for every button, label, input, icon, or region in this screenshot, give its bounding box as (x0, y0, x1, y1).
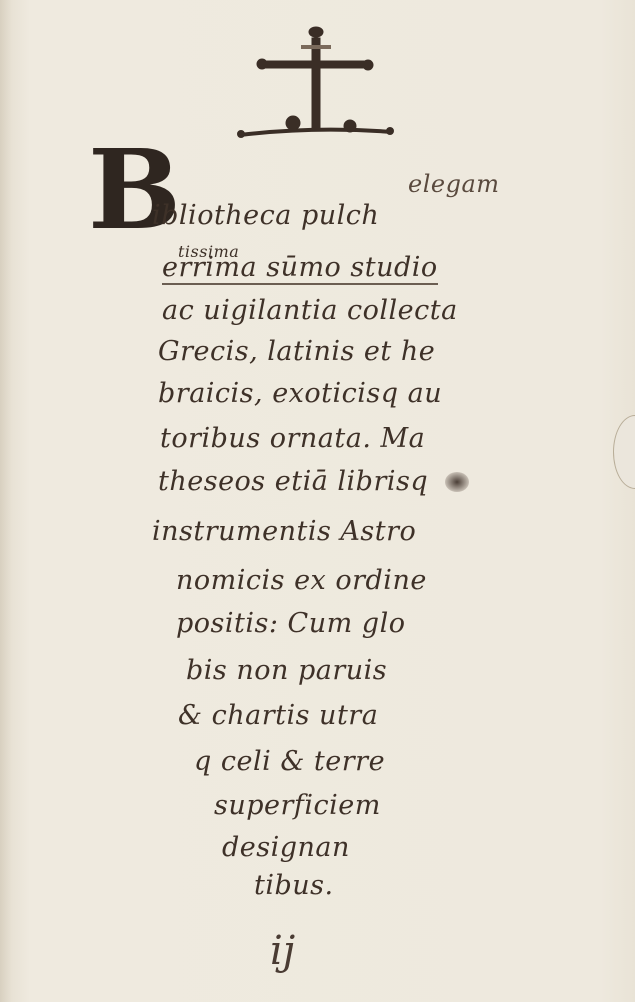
text-line: ibliotheca pulch (152, 200, 379, 231)
text-line: bis non paruis (186, 655, 387, 686)
cross-ornament-icon (235, 18, 395, 138)
text-line: braicis, exoticisq au (158, 378, 442, 409)
catchword: ij (270, 928, 295, 974)
text-line: superficiem (214, 790, 381, 821)
text-line: designan (222, 832, 350, 863)
page-tab-edge (613, 415, 635, 489)
interlinear-gloss: elegam (408, 170, 500, 198)
manuscript-page: B elegam tissima ibliotheca pulch errima… (0, 0, 635, 1002)
text-line: nomicis ex ordine (176, 565, 427, 596)
text-line: ac uigilantia collecta (162, 295, 458, 326)
text-line: instrumentis Astro (152, 516, 416, 547)
text-line: Grecis, latinis et he (158, 336, 435, 367)
text-line: positis: Cum glo (176, 608, 405, 639)
text-line: theseos etiā librisq (158, 466, 428, 497)
text-line: toribus ornata. Ma (160, 423, 425, 454)
text-line: errima sūmo studio (162, 252, 438, 285)
text-line: q celi & terre (194, 746, 385, 777)
text-line: & chartis utra (178, 700, 378, 731)
ink-stain (445, 472, 469, 492)
text-line: tibus. (254, 870, 334, 901)
